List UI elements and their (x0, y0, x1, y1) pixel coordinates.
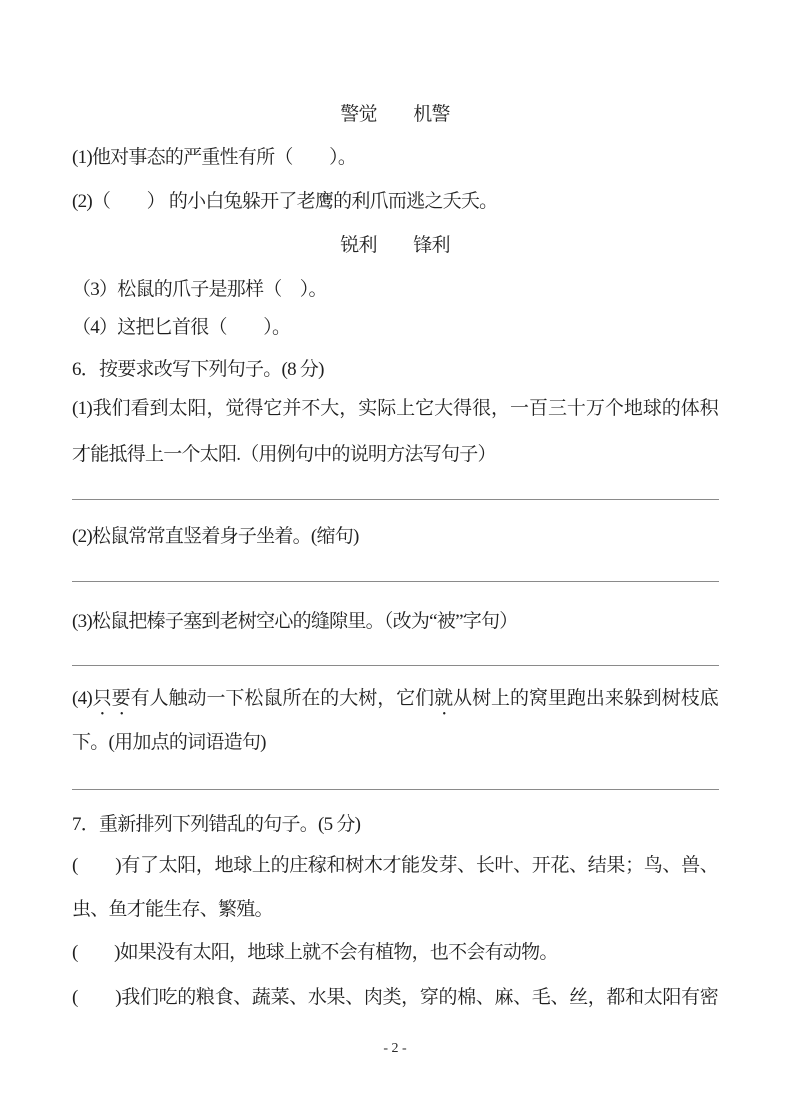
answer-blank-4 (72, 789, 719, 790)
fill-blank-item-4: （4）这把匕首很（ ）。 (72, 316, 718, 340)
question-7-item-1-line-1: ( )有了太阳，地球上的庄稼和树木才能发芽、长叶、开花、结果；鸟、兽、 (72, 854, 718, 878)
question-6-title: 6．按要求改写下列句子。(8 分) (72, 358, 718, 382)
question-6-item-1-line-1: (1)我们看到太阳，觉得它并不大，实际上它大得很，一百三十万个地球的体积 (72, 397, 718, 421)
emphasized-word-zhiyao: 只要 (92, 688, 131, 709)
question-6-item-4-line-2: 下。(用加点的词语造句) (72, 731, 718, 755)
answer-blank-2 (72, 581, 719, 582)
word-bank-1: 警觉 机警 (72, 103, 718, 127)
emphasized-word-jiu: 就 (434, 688, 453, 709)
answer-blank-1 (72, 499, 719, 500)
question-6-item-4-tail: 从树上的窝里跑出来躲到树枝底 (453, 688, 718, 709)
question-7-item-3: ( )我们吃的粮食、蔬菜、水果、肉类，穿的棉、麻、毛、丝，都和太阳有密 (72, 986, 718, 1010)
question-7-item-2: ( )如果没有太阳，地球上就不会有植物，也不会有动物。 (72, 941, 718, 965)
answer-blank-3 (72, 665, 719, 666)
question-6-item-1-line-2: 才能抵得上一个太阳.（用例句中的说明方法写句子） (72, 443, 718, 467)
question-7-title: 7．重新排列下列错乱的句子。(5 分) (72, 813, 718, 837)
question-6-item-4-line-1: (4)只要有人触动一下松鼠所在的大树，它们就从树上的窝里跑出来躲到树枝底 (72, 687, 718, 720)
fill-blank-item-1: (1)他对事态的严重性有所（ ）。 (72, 146, 718, 170)
word-bank-2: 锐利 锋利 (72, 234, 718, 258)
question-6-item-2: (2)松鼠常常直竖着身子坐着。(缩句) (72, 525, 718, 549)
fill-blank-item-3: （3）松鼠的爪子是那样（ ）。 (72, 278, 718, 302)
page-number: - 2 - (72, 1037, 718, 1061)
fill-blank-item-2: (2)（ ） 的小白兔躲开了老鹰的利爪而逃之夭夭。 (72, 190, 718, 214)
question-6-item-3: (3)松鼠把榛子塞到老树空心的缝隙里。（改为“被”字句） (72, 610, 718, 634)
question-6-item-4-mid: 有人触动一下松鼠所在的大树，它们 (131, 688, 435, 709)
question-7-item-1-line-2: 虫、鱼才能生存、繁殖。 (72, 898, 718, 922)
question-6-item-4-prefix: (4) (72, 688, 92, 709)
document-page: 警觉 机警 (1)他对事态的严重性有所（ ）。 (2)（ ） 的小白兔躲开了老鹰… (0, 0, 790, 1118)
